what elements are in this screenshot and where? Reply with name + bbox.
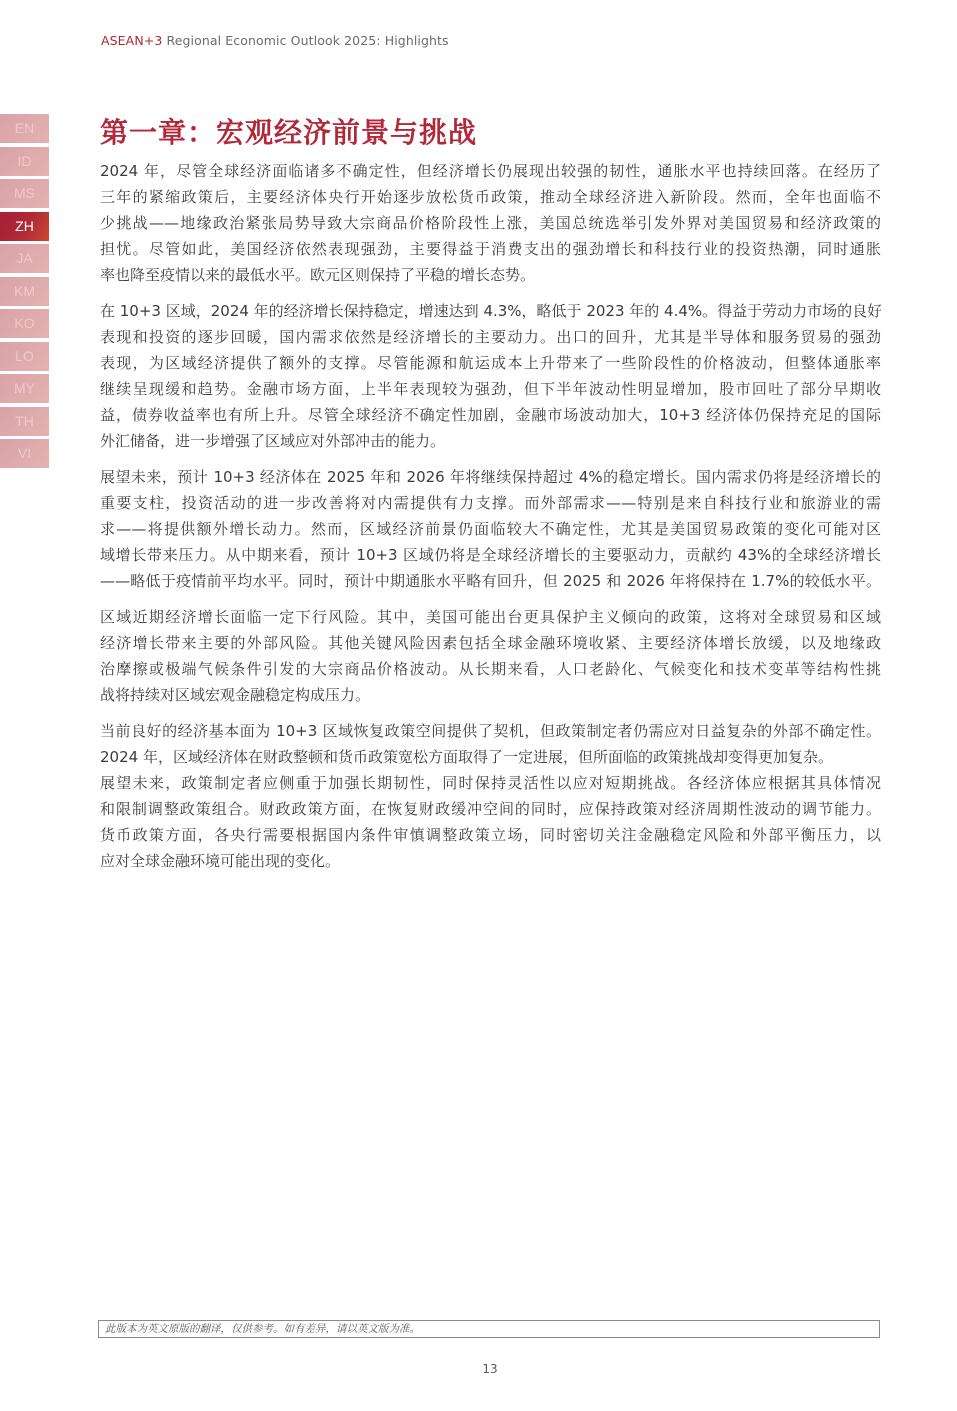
chapter-title: 第一章：宏观经济前景与挑战 — [100, 111, 477, 151]
text-line: 少挑战——地缘政治紧张局势导致大宗商品价格阶段性上涨，美国总统选举引发外界对美国… — [100, 210, 881, 236]
lang-tab-lo[interactable]: LO — [0, 342, 49, 371]
paragraph-3: 展望未来，预计 10+3 经济体在 2025 年和 2026 年将继续保持超过 … — [100, 464, 881, 594]
text-line: 当前良好的经济基本面为 10+3 区域恢复政策空间提供了契机，但政策制定者仍需应… — [100, 718, 881, 744]
lang-tab-en[interactable]: EN — [0, 114, 49, 143]
header-brand: ASEAN+3 — [101, 33, 162, 48]
text-line: 重要支柱，投资活动的进一步改善将对内需提供有力支撑。而外部需求——特别是来自科技… — [100, 490, 881, 516]
lang-tab-zh[interactable]: ZH — [0, 212, 49, 241]
text-line: 表现，为区域经济提供了额外的支撑。尽管能源和航运成本上升带来了一些阶段性的价格波… — [100, 350, 881, 376]
text-line: 治摩擦或极端气候条件引发的大宗商品价格波动。从长期来看，人口老龄化、气候变化和技… — [100, 656, 881, 682]
text-line: 外汇储备，进一步增强了区域应对外部冲击的能力。 — [100, 428, 881, 454]
running-header: ASEAN+3 Regional Economic Outlook 2025: … — [101, 33, 449, 48]
paragraph-1: 2024 年，尽管全球经济面临诸多不确定性，但经济增长仍展现出较强的韧性，通胀水… — [100, 158, 881, 288]
text-line: 展望未来，预计 10+3 经济体在 2025 年和 2026 年将继续保持超过 … — [100, 464, 881, 490]
text-line: 率也降至疫情以来的最低水平。欧元区则保持了平稳的增长态势。 — [100, 262, 881, 288]
text-line: 继续呈现缓和趋势。金融市场方面，上半年表现较为强劲，但下半年波动性明显增加，股市… — [100, 376, 881, 402]
text-line: 和限制调整政策组合。财政政策方面，在恢复财政缓冲空间的同时，应保持政策对经济周期… — [100, 796, 881, 822]
header-title: Regional Economic Outlook 2025: Highligh… — [162, 33, 448, 48]
text-line: 货币政策方面，各央行需要根据国内条件审慎调整政策立场，同时密切关注金融稳定风险和… — [100, 822, 881, 848]
text-line: 经济增长带来主要的外部风险。其他关键风险因素包括全球金融环境收紧、主要经济体增长… — [100, 630, 881, 656]
lang-tab-ms[interactable]: MS — [0, 179, 49, 208]
lang-tab-km[interactable]: KM — [0, 277, 49, 306]
lang-tab-id[interactable]: ID — [0, 147, 49, 176]
text-line: 担忧。尽管如此，美国经济依然表现强劲，主要得益于消费支出的强劲增长和科技行业的投… — [100, 236, 881, 262]
language-tabs: EN ID MS ZH JA KM KO LO MY TH VI — [0, 114, 49, 472]
page-number: 13 — [0, 1362, 957, 1376]
text-line: 应对全球金融环境可能出现的变化。 — [100, 848, 881, 874]
text-line: 区域近期经济增长面临一定下行风险。其中，美国可能出台更具保护主义倾向的政策，这将… — [100, 604, 881, 630]
text-line: 益，债券收益率也有所上升。尽管全球经济不确定性加剧，金融市场波动加大，10+3 … — [100, 402, 881, 428]
text-line: 展望未来，政策制定者应侧重于加强长期韧性，同时保持灵活性以应对短期挑战。各经济体… — [100, 770, 881, 796]
text-line: 域增长带来压力。从中期来看，预计 10+3 区域仍将是全球经济增长的主要驱动力，… — [100, 542, 881, 568]
paragraph-5: 当前良好的经济基本面为 10+3 区域恢复政策空间提供了契机，但政策制定者仍需应… — [100, 718, 881, 874]
text-line: 2024 年，区域经济体在财政整顿和货币政策宽松方面取得了一定进展，但所面临的政… — [100, 744, 881, 770]
paragraph-4: 区域近期经济增长面临一定下行风险。其中，美国可能出台更具保护主义倾向的政策，这将… — [100, 604, 881, 708]
text-line: 求——将提供额外增长动力。然而，区域经济前景仍面临较大不确定性，尤其是美国贸易政… — [100, 516, 881, 542]
lang-tab-my[interactable]: MY — [0, 374, 49, 403]
lang-tab-ko[interactable]: KO — [0, 309, 49, 338]
lang-tab-vi[interactable]: VI — [0, 439, 49, 468]
text-line: ——略低于疫情前平均水平。同时，预计中期通胀水平略有回升，但 2025 和 20… — [100, 568, 881, 594]
text-line: 2024 年，尽管全球经济面临诸多不确定性，但经济增长仍展现出较强的韧性，通胀水… — [100, 158, 881, 184]
lang-tab-th[interactable]: TH — [0, 407, 49, 436]
text-line: 战将持续对区域宏观金融稳定构成压力。 — [100, 682, 881, 708]
translation-disclaimer: 此版本为英文原版的翻译，仅供参考。如有差异，请以英文版为准。 — [98, 1320, 880, 1338]
paragraph-2: 在 10+3 区域，2024 年的经济增长保持稳定，增速达到 4.3%，略低于 … — [100, 298, 881, 454]
text-line: 在 10+3 区域，2024 年的经济增长保持稳定，增速达到 4.3%，略低于 … — [100, 298, 881, 324]
lang-tab-ja[interactable]: JA — [0, 244, 49, 273]
text-line: 表现和投资的逐步回暖，国内需求依然是经济增长的主要动力。出口的回升，尤其是半导体… — [100, 324, 881, 350]
text-line: 三年的紧缩政策后，主要经济体央行开始逐步放松货币政策，推动全球经济进入新阶段。然… — [100, 184, 881, 210]
body-text: 2024 年，尽管全球经济面临诸多不确定性，但经济增长仍展现出较强的韧性，通胀水… — [100, 158, 881, 884]
